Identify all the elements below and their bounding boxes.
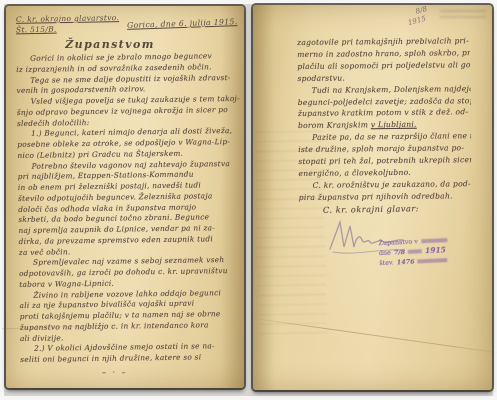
page-end-mark: – · – [102,368,128,377]
handwritten-line: seliti oni begunci in njih družine, kate… [20,352,243,366]
stamp-smudge-bar [417,258,447,263]
handwritten-line: pira županstva pri njihovih odredbah. [299,190,472,204]
handwritten-line: plačilu ali sopomoči pri poljedelstvu al… [297,59,470,73]
photo-backdrop: C. kr. okrajno glavarstvo. Št. 515/B. Go… [4,4,493,396]
receipt-stamp: Županstvo v dne 7/8 1915 štev. 1476 [378,234,476,276]
handwritten-line: stopati pri teh žal, potrebnih ukrepih s… [298,154,471,168]
reference-number: Št. 515/B. [16,25,57,35]
document-page-left: C. kr. okrajno glavarstvo. Št. 515/B. Go… [6,6,244,388]
closing-signature-line: C. kr. okrajni glavar: [323,203,419,215]
handwritten-line: županstvo kratkim potom v stik z dež. od… [298,107,471,121]
stamp-smudge-bar [421,238,447,243]
office-heading: C. kr. okrajno glavarstvo. [16,13,119,24]
ink-bleedthrough-smudge [440,8,486,24]
place-date-line: Gorica, dne 6. julija 1915. [127,17,238,30]
scanned-document-photo: { "document": { "header": { "office": "C… [0,0,497,400]
archival-pencil-note: 8/8 1915 [401,5,430,28]
salutation-title: Županstvom [6,38,214,51]
stamp-smudge-bar [408,249,422,254]
left-page-handwritten-text: Gorici in okolici se je zbralo mnogo beg… [16,51,243,366]
right-page-handwritten-text: zagotovile pri tamkajšnjih prebivalcih p… [297,35,472,203]
document-page-right: 8/8 1915 zagotovile pri tamkajšnjih preb… [253,5,492,390]
